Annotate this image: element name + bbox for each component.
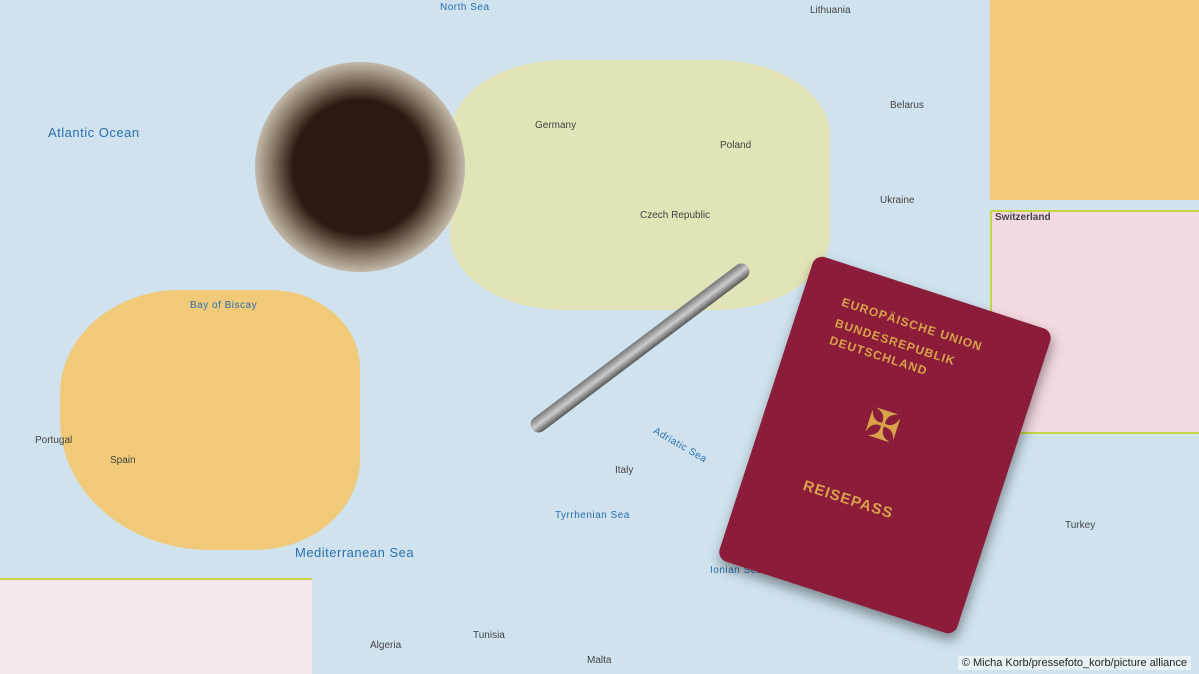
scandinavia-inset (990, 0, 1199, 200)
sea-label: Adriatic Sea (651, 426, 708, 465)
central-europe-region (450, 60, 830, 310)
spain-region (60, 290, 360, 550)
country-label: Germany (535, 120, 576, 131)
country-label: Poland (720, 140, 751, 151)
photo: Atlantic Ocean North Sea Bay of Biscay M… (0, 0, 1199, 674)
inset-title: Switzerland (995, 212, 1051, 223)
country-label: Algeria (370, 640, 401, 651)
tea-glass (255, 62, 465, 272)
sea-label: Atlantic Ocean (48, 125, 140, 140)
map-legend (0, 578, 312, 674)
country-label: Belarus (890, 100, 924, 111)
sea-label: North Sea (440, 2, 490, 13)
photo-credit: © Micha Korb/pressefoto_korb/picture all… (958, 656, 1191, 670)
country-label: Portugal (35, 435, 72, 446)
sea-label: Bay of Biscay (190, 300, 257, 311)
passport-title: REISEPASS (801, 477, 895, 522)
country-label: Italy (615, 465, 633, 476)
sea-label: Mediterranean Sea (295, 545, 414, 560)
country-label: Lithuania (810, 5, 851, 16)
country-label: Malta (587, 655, 611, 666)
country-label: Czech Republic (640, 210, 710, 221)
country-label: Ukraine (880, 195, 914, 206)
country-label: Tunisia (473, 630, 505, 641)
country-label: Spain (110, 455, 136, 466)
eagle-icon: ✠ (859, 399, 905, 453)
sea-label: Tyrrhenian Sea (555, 510, 630, 521)
country-label: Turkey (1065, 520, 1095, 531)
